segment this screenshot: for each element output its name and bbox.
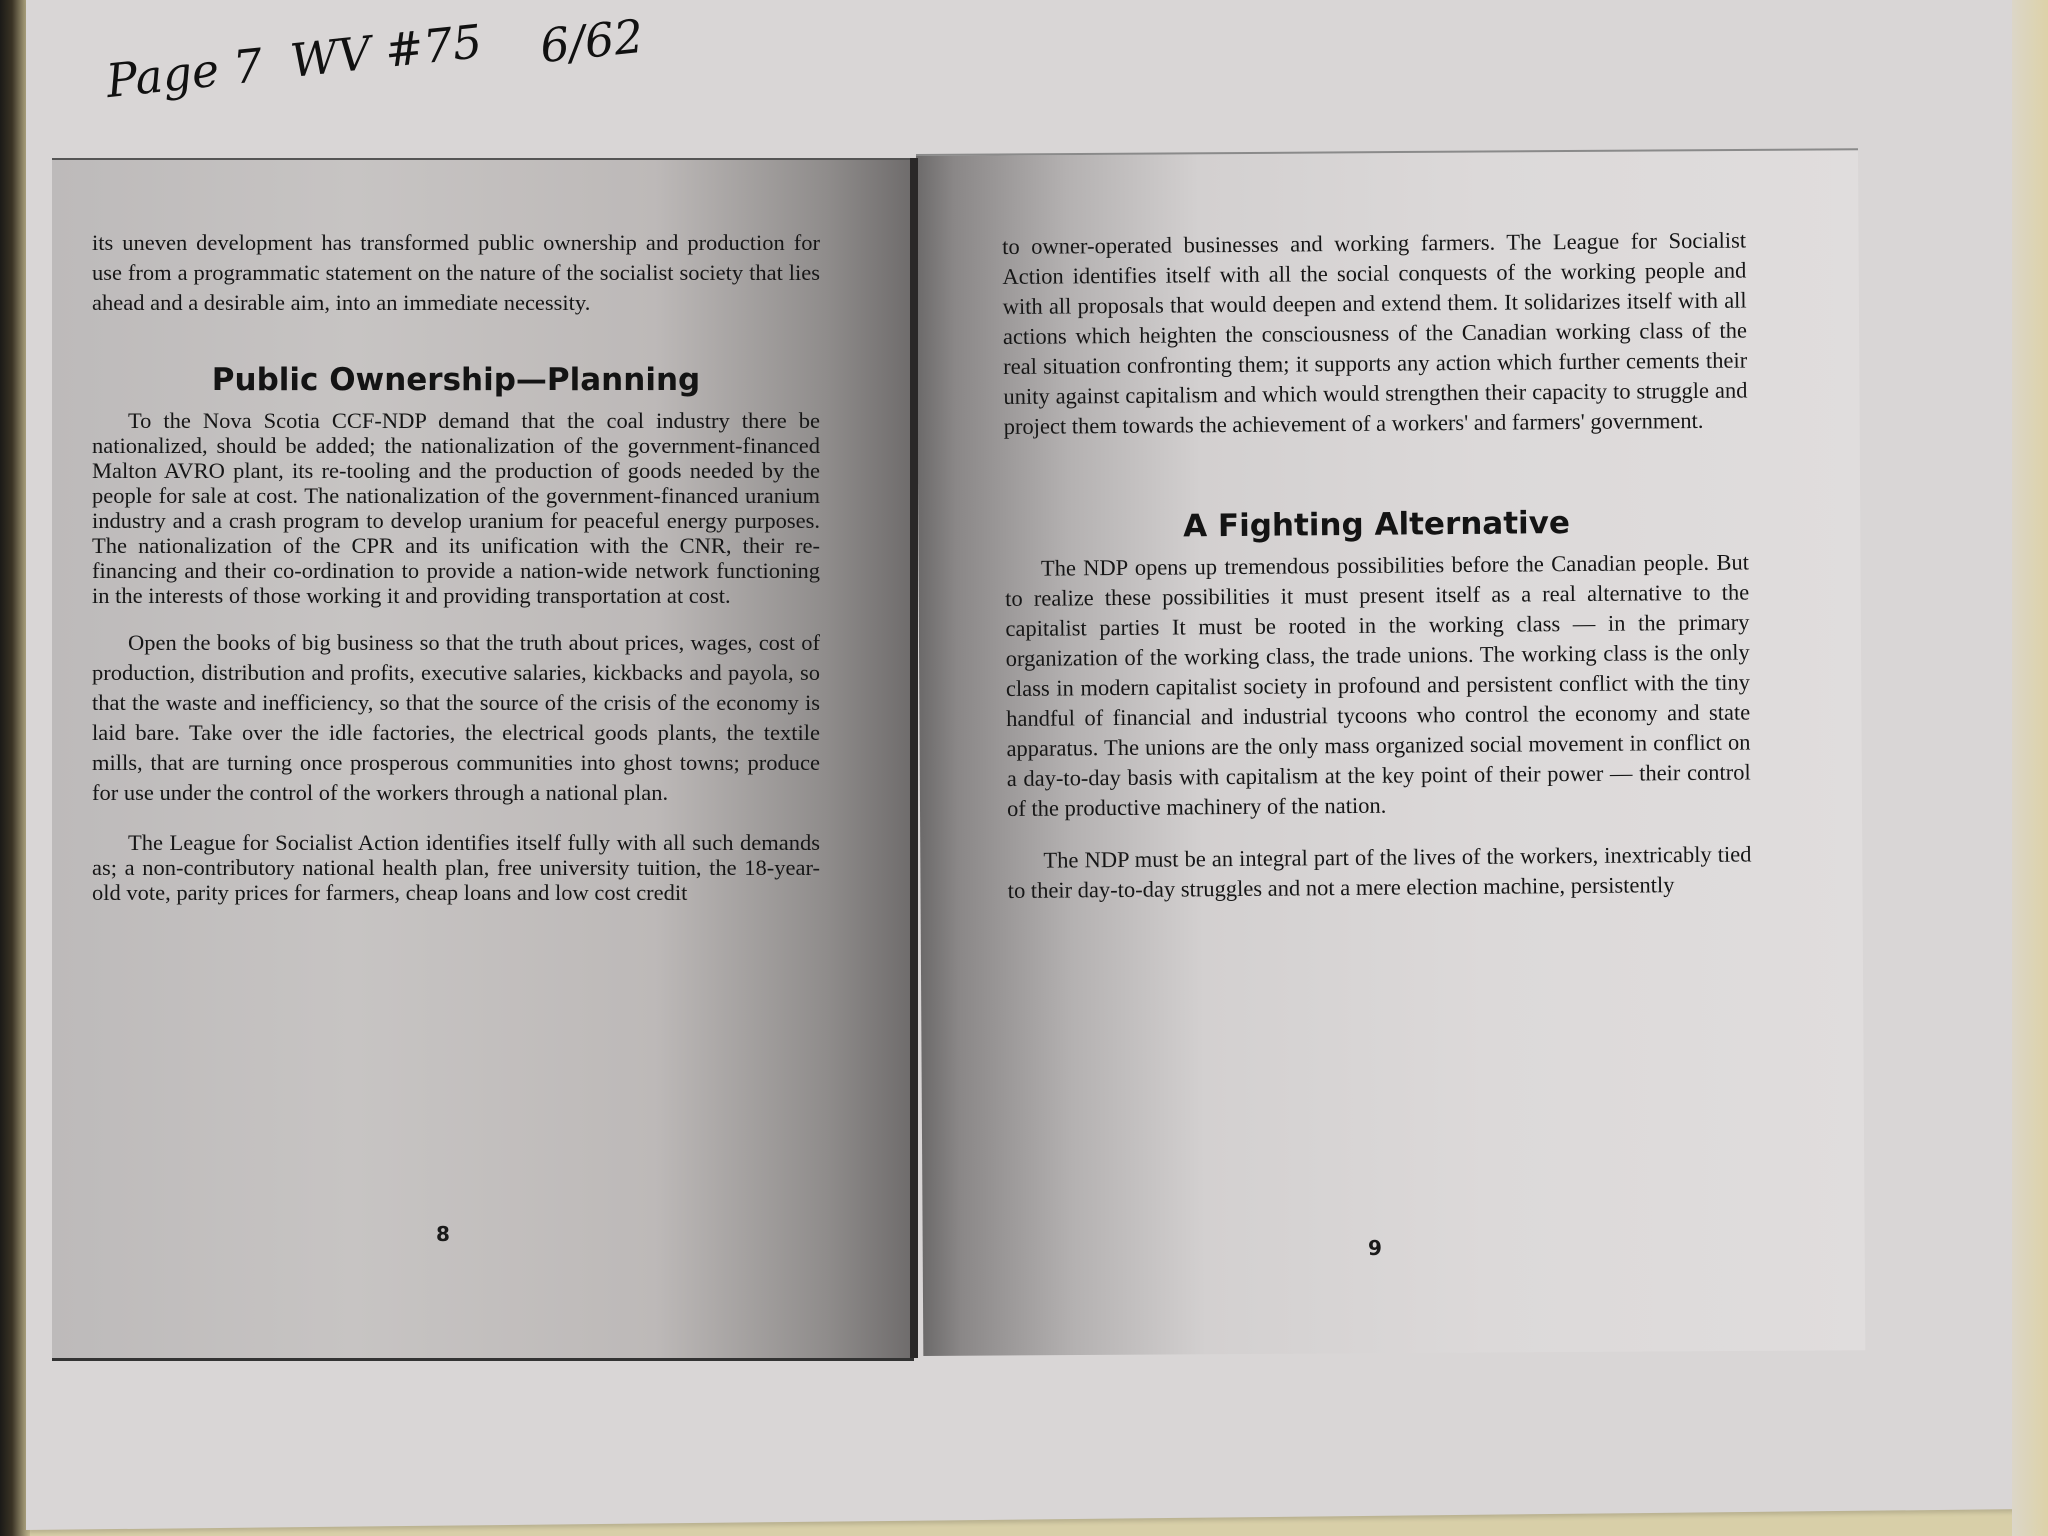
left-page-number: 8 xyxy=(436,1222,450,1246)
scanner-edge-right xyxy=(2012,0,2048,1536)
handwritten-date: 6/62 xyxy=(537,9,645,74)
right-paragraph-2: The NDP must be an integral part of the … xyxy=(1007,839,1751,905)
left-section-heading: Public Ownership—Planning xyxy=(92,360,820,400)
left-paragraph-3: The League for Socialist Action identifi… xyxy=(92,830,820,905)
handwritten-page-label: Page 7 xyxy=(104,38,266,108)
right-section-heading: A Fighting Alternative xyxy=(1004,501,1748,547)
right-page-text: to owner-operated businesses and working… xyxy=(1002,226,1752,906)
left-paragraph-1: To the Nova Scotia CCF-NDP demand that t… xyxy=(92,408,820,608)
handwritten-annotation: Page 7 WV #75 6/62 xyxy=(100,18,700,108)
book-gutter xyxy=(910,158,918,1358)
left-paragraph-2: Open the books of big business so that t… xyxy=(92,628,820,808)
right-intro-paragraph: to owner-operated businesses and working… xyxy=(1002,226,1748,442)
left-page-text: its uneven development has transformed p… xyxy=(92,228,820,905)
right-paragraph-1: The NDP opens up tremendous possibilitie… xyxy=(1005,547,1751,823)
right-page-number: 9 xyxy=(1368,1236,1382,1260)
handwritten-issue: WV #75 xyxy=(288,14,485,88)
left-intro-paragraph: its uneven development has transformed p… xyxy=(92,228,820,318)
